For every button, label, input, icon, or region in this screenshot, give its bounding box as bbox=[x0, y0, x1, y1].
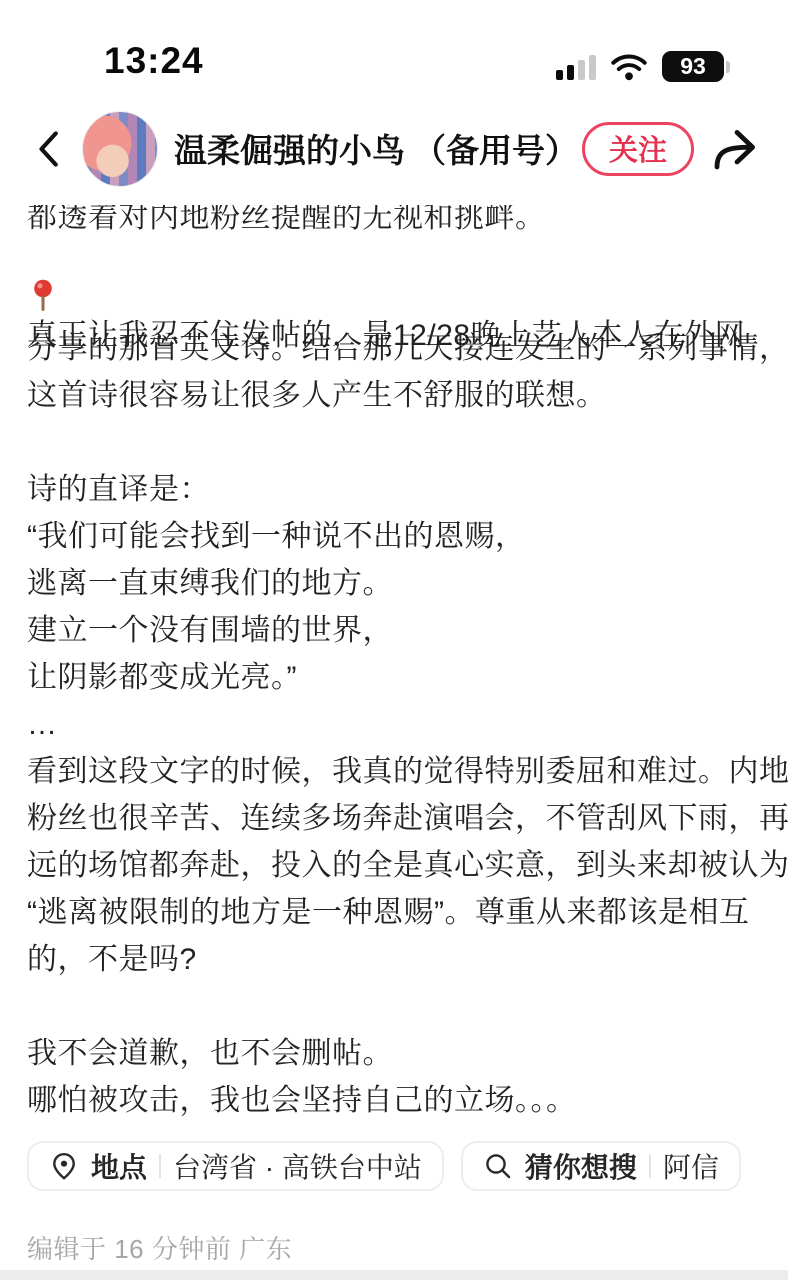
post-text-line: 远的场馆都奔赴，投入的全是真心实意，到头来却被认为 bbox=[27, 842, 761, 889]
chevron-left-icon bbox=[35, 127, 61, 171]
battery-icon: 93 bbox=[662, 51, 730, 82]
post-text-line: 逃离一直束缚我们的地方。 bbox=[27, 560, 761, 607]
search-tag-label: 猜你想搜 bbox=[525, 1146, 637, 1186]
post-text-line: … bbox=[27, 701, 761, 748]
post-header: 温柔倔强的小鸟 （备用号） 关注 bbox=[0, 92, 788, 205]
post-text-line: 哪怕被攻击，我也会坚持自己的立场。。。 bbox=[27, 1077, 761, 1124]
status-bar: 13:24 93 bbox=[0, 0, 788, 92]
status-time: 13:24 bbox=[104, 40, 204, 82]
post-text-line: 都透着对内地粉丝提醒的无视和挑衅。 bbox=[27, 205, 761, 231]
post-text-line: 建立一个没有围墙的世界， bbox=[27, 607, 761, 654]
post-blank-line bbox=[27, 231, 761, 278]
post-detail-screen: 13:24 93 温柔倔强的小鸟 bbox=[0, 0, 788, 1280]
post-text-line: 这首诗很容易让很多人产生不舒服的联想。 bbox=[27, 372, 761, 419]
post-text-line: “我们可能会找到一种说不出的恩赐， bbox=[27, 513, 761, 560]
post-blank-line bbox=[27, 419, 761, 466]
post-text-line: 的，不是吗? bbox=[27, 936, 761, 983]
location-tag[interactable]: 地点 台湾省 · 高铁台中站 bbox=[27, 1141, 444, 1191]
location-pin-icon bbox=[49, 1151, 79, 1181]
location-tag-value: 台湾省 · 高铁台中站 bbox=[173, 1146, 422, 1186]
follow-button[interactable]: 关注 bbox=[582, 122, 694, 176]
pill-divider bbox=[159, 1154, 161, 1178]
post-text-line: 分享的那首英文诗。结合那几天接连发生的一系列事情， bbox=[27, 325, 761, 372]
post-text-line: 诗的直译是： bbox=[27, 466, 761, 513]
post-body: 都透着对内地粉丝提醒的无视和挑衅。真正让我忍不住发帖的，是12/28晚上艺人本人… bbox=[0, 205, 788, 1124]
user-avatar[interactable] bbox=[82, 111, 158, 187]
share-icon bbox=[711, 126, 761, 172]
pill-divider bbox=[649, 1154, 651, 1178]
pushpin-icon bbox=[27, 278, 59, 312]
post-text-line: “逃离被限制的地方是一种恩赐”。尊重从来都该是相互 bbox=[27, 889, 761, 936]
location-tag-label: 地点 bbox=[91, 1146, 147, 1186]
search-suggestion-tag[interactable]: 猜你想搜 阿信 bbox=[461, 1141, 741, 1191]
share-button[interactable] bbox=[710, 123, 762, 175]
post-text-line: 真正让我忍不住发帖的，是12/28晚上艺人本人在外网 bbox=[27, 278, 761, 325]
post-text-line: 让阴影都变成光亮。” bbox=[27, 654, 761, 701]
post-text-line: 我不会道歉，也不会删帖。 bbox=[27, 1030, 761, 1077]
cellular-signal-icon bbox=[556, 54, 596, 80]
search-tag-value: 阿信 bbox=[663, 1146, 719, 1186]
post-text-line: 看到这段文字的时候，我真的觉得特别委屈和难过。内地 bbox=[27, 748, 761, 795]
tag-row: 地点 台湾省 · 高铁台中站 猜你想搜 阿信 bbox=[0, 1141, 788, 1191]
status-icons: 93 bbox=[556, 51, 730, 82]
battery-percent: 93 bbox=[680, 53, 706, 80]
wifi-icon bbox=[610, 52, 648, 82]
post-text-line: 粉丝也很辛苦、连续多场奔赴演唱会，不管刮风下雨，再 bbox=[27, 795, 761, 842]
search-icon bbox=[483, 1151, 513, 1181]
post-blank-line bbox=[27, 983, 761, 1030]
section-divider bbox=[0, 1270, 788, 1280]
back-button[interactable] bbox=[30, 126, 66, 172]
user-name[interactable]: 温柔倔强的小鸟 （备用号） bbox=[174, 125, 566, 172]
edited-info: 编辑于 16 分钟前 广东 bbox=[0, 1229, 788, 1266]
